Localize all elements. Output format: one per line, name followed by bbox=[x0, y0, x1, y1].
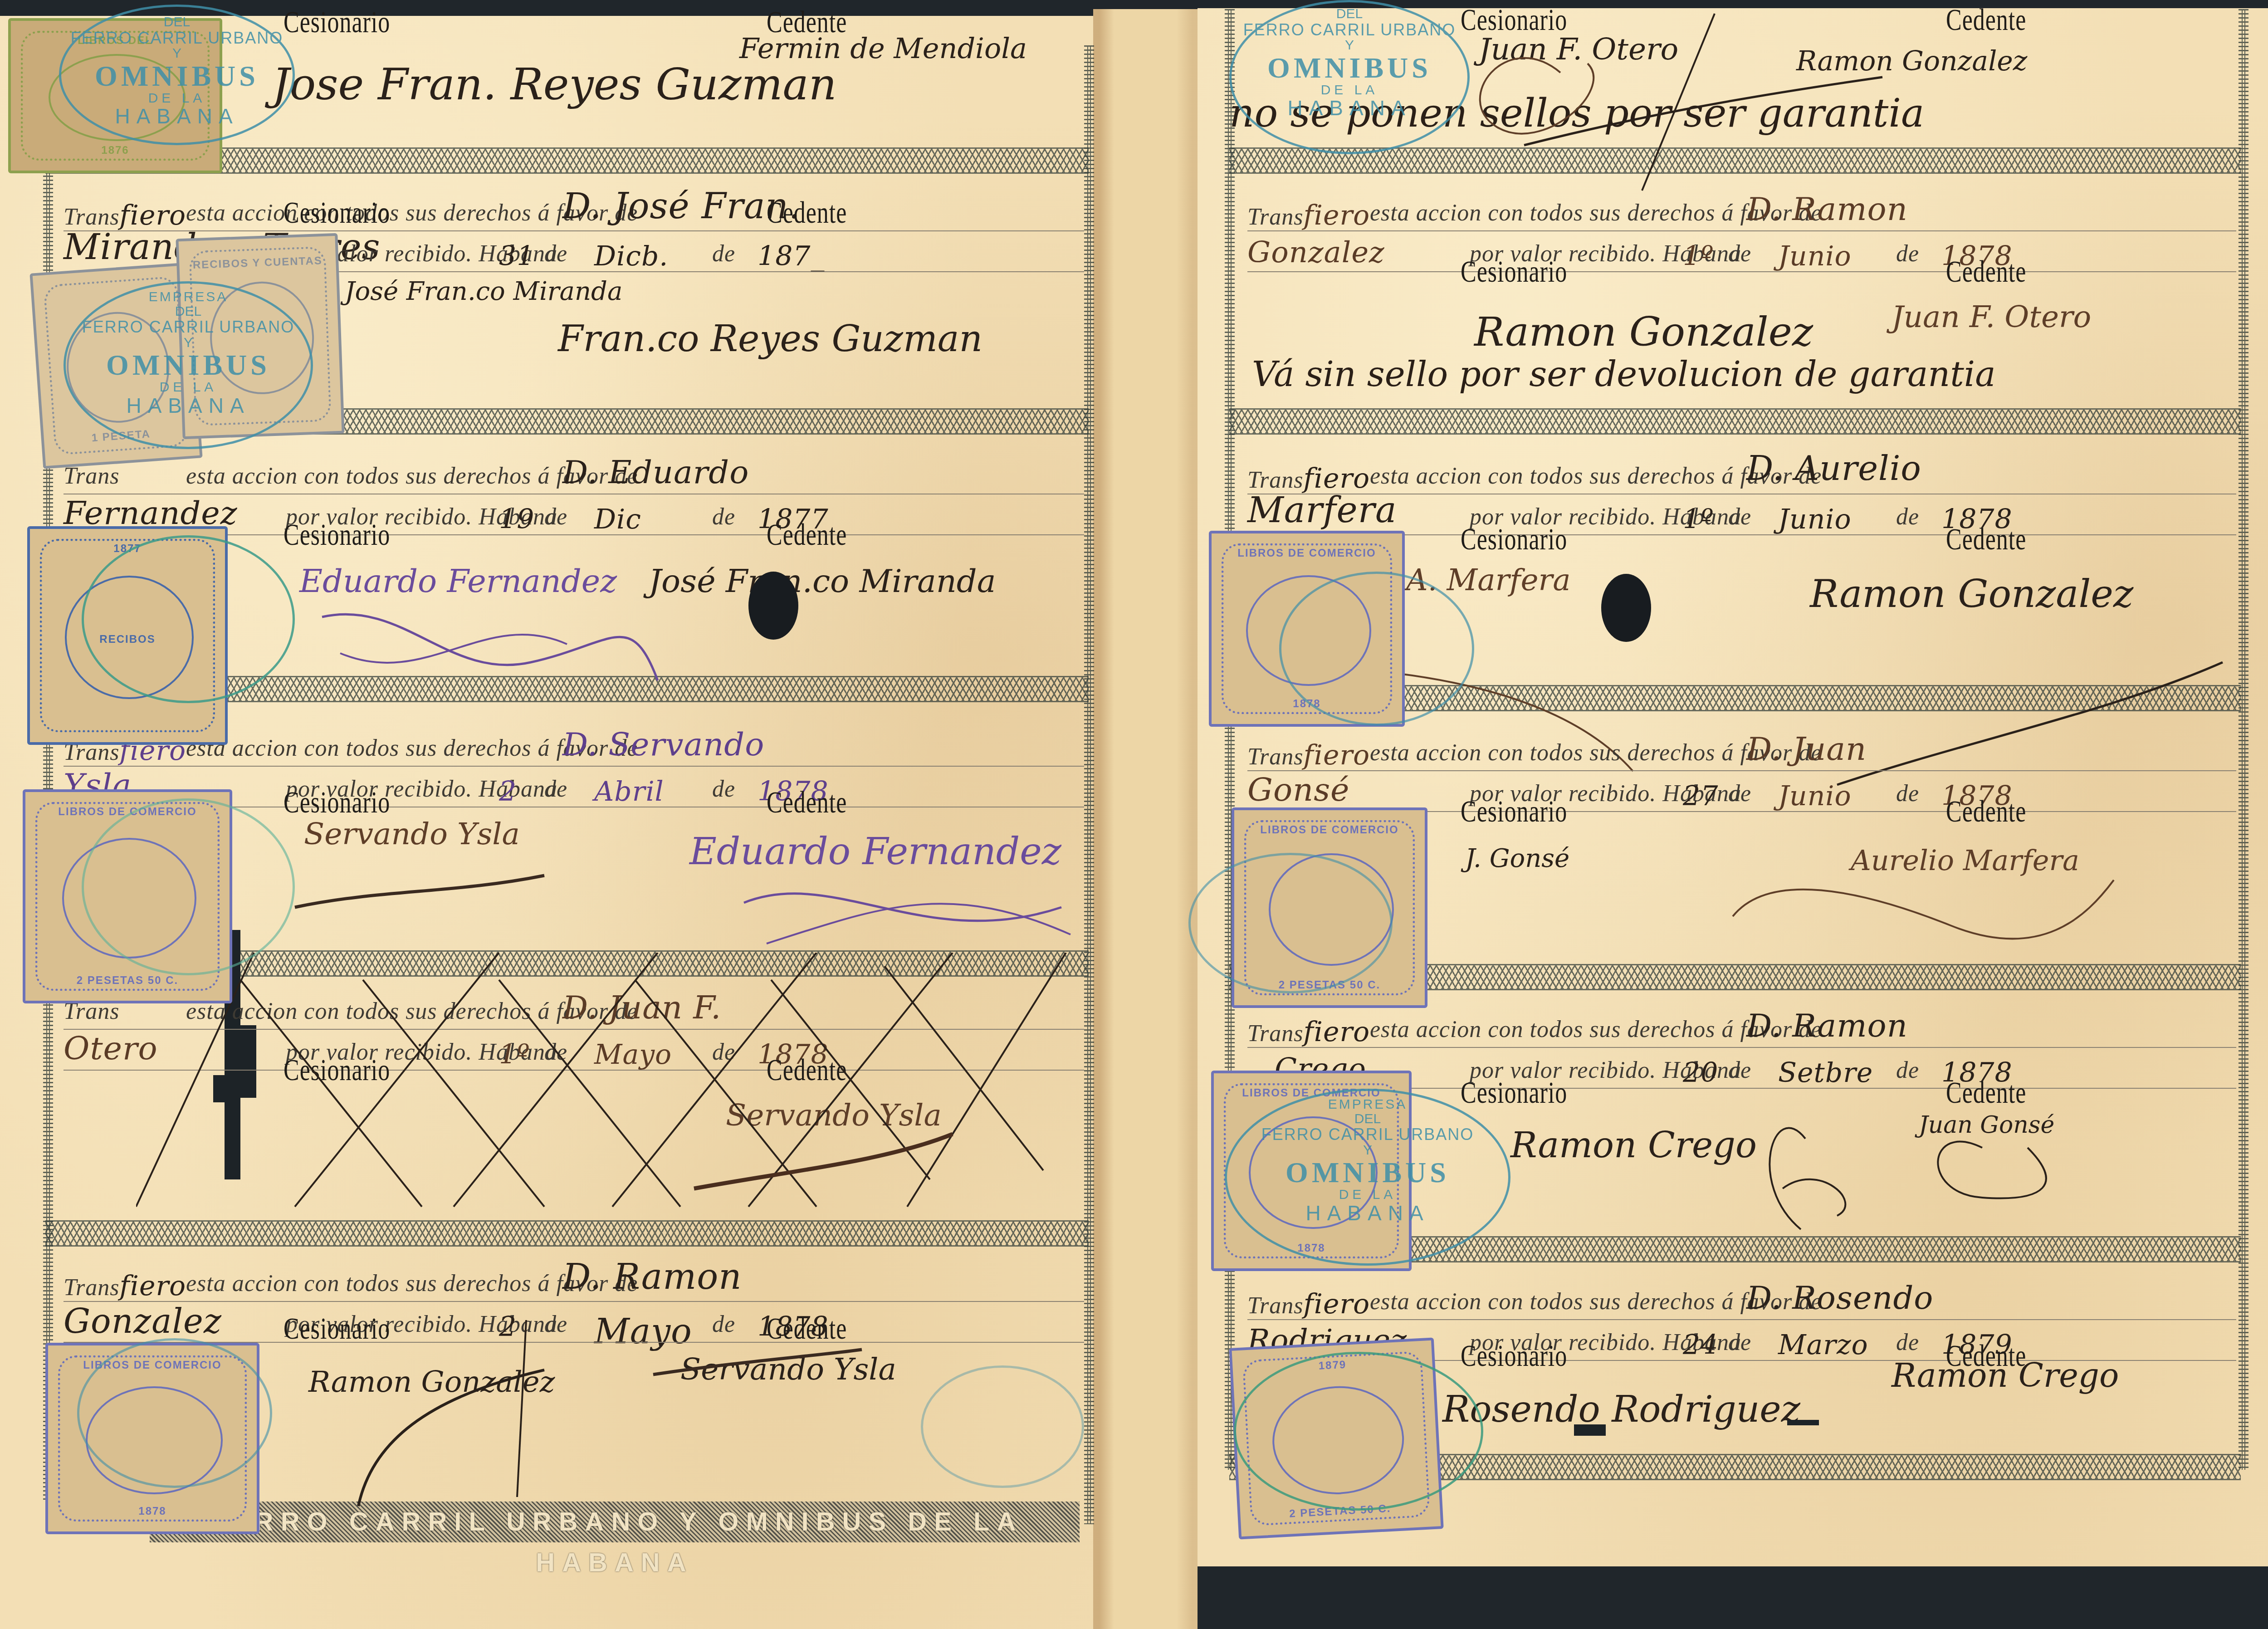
form-prefix: Trans bbox=[1247, 1021, 1304, 1047]
day: 2 bbox=[499, 776, 517, 807]
month: Junio bbox=[1778, 504, 1852, 535]
form-de: de bbox=[1728, 1057, 1751, 1084]
name-line2: Gonsé bbox=[1247, 771, 1350, 808]
year: 187_ bbox=[758, 240, 825, 272]
fold-spine bbox=[1093, 9, 1198, 1629]
day: 27 bbox=[1683, 780, 1718, 812]
day: 1º bbox=[1683, 240, 1714, 272]
company-cachet-faint bbox=[77, 1338, 272, 1488]
form-prefix: Trans bbox=[1247, 744, 1304, 770]
signature-cesionario: Servando Ysla bbox=[304, 817, 520, 851]
company-cachet: DEL FERRO CARRIL URBANO Y OMNIBUS DE LA … bbox=[1229, 0, 1470, 154]
form-de: de bbox=[712, 240, 735, 267]
label-cesionario: Cesionario bbox=[1461, 794, 1567, 829]
right-band-2 bbox=[1229, 408, 2241, 435]
form-verb: fiero bbox=[120, 1270, 186, 1302]
form-de: de bbox=[1728, 504, 1751, 530]
signature-cesionario: Jose Fran. Reyes Guzman bbox=[272, 59, 837, 110]
day: 1º bbox=[1683, 504, 1714, 535]
label-cedente: Cedente bbox=[1946, 522, 2026, 557]
month: Junio bbox=[1778, 240, 1852, 272]
tear-damage bbox=[1787, 1420, 1819, 1425]
form-prefix: Trans bbox=[1247, 204, 1304, 230]
name-line2: Gonzalez bbox=[64, 1302, 222, 1341]
label-cedente: Cedente bbox=[767, 785, 847, 820]
form-prefix: Trans bbox=[1247, 1293, 1304, 1319]
form-de: de bbox=[1896, 1329, 1919, 1356]
company-cachet-faint bbox=[82, 798, 295, 975]
favor-de-name: D. Servando bbox=[562, 726, 764, 763]
form-verb: fiero bbox=[1304, 1016, 1370, 1048]
label-cesionario: Cesionario bbox=[283, 196, 390, 230]
form-de: de bbox=[1728, 240, 1751, 267]
company-cachet-faint bbox=[921, 1365, 1084, 1488]
favor-de-name: D. Eduardo bbox=[562, 454, 749, 491]
label-cedente: Cedente bbox=[1946, 254, 2026, 289]
form-verb: fiero bbox=[1304, 739, 1370, 771]
label-cedente: Cedente bbox=[767, 196, 847, 230]
flourish-purple bbox=[313, 590, 676, 703]
company-cachet bbox=[1234, 1352, 1483, 1511]
form-de: de bbox=[544, 504, 567, 530]
name-line2: Marfera bbox=[1247, 490, 1397, 531]
label-cedente: Cedente bbox=[767, 518, 847, 553]
company-cachet: EMPRESA DEL FERRO CARRIL URBANO Y OMNIBU… bbox=[64, 281, 313, 449]
label-cesionario: Cesionario bbox=[1461, 254, 1567, 289]
company-cachet: DEL FERRO CARRIL URBANO Y OMNIBUS DE LA … bbox=[59, 5, 295, 145]
signature-cesionario: Ramon Crego bbox=[1510, 1125, 1757, 1166]
flourish-brown bbox=[1724, 862, 2132, 953]
signature-cesionario: José Fran.co Miranda bbox=[345, 277, 622, 306]
favor-de-name: D. Rosendo bbox=[1746, 1279, 1933, 1316]
favor-de-name: D. Juan bbox=[1746, 730, 1867, 768]
form-de: de bbox=[1728, 1329, 1751, 1356]
label-cesionario: Cesionario bbox=[283, 518, 390, 553]
signature-cesionario: Ramon Gonzalez bbox=[1474, 308, 1813, 355]
month: Setbre bbox=[1778, 1057, 1873, 1089]
month: Dicb. bbox=[594, 240, 668, 272]
cancellation-crosshatch bbox=[136, 953, 1089, 1225]
signature-cedente: José Fran.co Miranda bbox=[649, 563, 996, 600]
form-de: de bbox=[544, 240, 567, 267]
form-de: de bbox=[712, 776, 735, 802]
label-cedente: Cedente bbox=[1946, 794, 2026, 829]
company-cachet-faint bbox=[1188, 853, 1393, 993]
form-prefix: Trans bbox=[64, 463, 120, 489]
favor-de-name: D. Ramon bbox=[562, 1257, 742, 1297]
month: Dic bbox=[594, 504, 641, 535]
form-de: de bbox=[1896, 504, 1919, 530]
day: 24 bbox=[1683, 1329, 1718, 1361]
signature-cedente: Fran.co Reyes Guzman bbox=[558, 318, 982, 360]
form-verb: fiero bbox=[1304, 1288, 1370, 1320]
month: Abril bbox=[594, 776, 664, 807]
form-prefix: Trans bbox=[1247, 467, 1304, 493]
favor-de-name: D. José Fran. bbox=[562, 186, 801, 227]
month: Junio bbox=[1778, 780, 1852, 812]
flourish-lines bbox=[1746, 1093, 2064, 1243]
name-line2: Gonzalez bbox=[1247, 236, 1385, 269]
notation-no-stamp-return: Vá sin sello por ser devolucion de garan… bbox=[1252, 354, 1995, 394]
left-border-inner bbox=[1084, 45, 1094, 1524]
signature-cedente: Ramon Crego bbox=[1892, 1356, 2119, 1394]
signature-cedente: Ramon Gonzalez bbox=[1810, 572, 2133, 616]
form-prefix: Trans bbox=[64, 1275, 120, 1301]
punch-hole bbox=[1601, 574, 1651, 642]
day: 19 bbox=[499, 504, 534, 535]
signature-cedente: Fermin de Mendiola bbox=[739, 32, 1027, 65]
favor-de-name: D. Aurelio bbox=[1746, 449, 1921, 488]
form-de: de bbox=[1896, 240, 1919, 267]
signature-cesionario: Rosendo Rodriguez bbox=[1442, 1388, 1800, 1430]
label-cesionario: Cesionario bbox=[283, 785, 390, 820]
signature-cedente: Juan F. Otero bbox=[1892, 299, 2091, 334]
signature-cesionario: J. Gonsé bbox=[1465, 844, 1569, 873]
label-cesionario: Cesionario bbox=[1461, 522, 1567, 557]
tear-damage bbox=[1574, 1424, 1606, 1436]
form-de: de bbox=[544, 776, 567, 802]
company-cachet-faint bbox=[82, 535, 295, 703]
form-de: de bbox=[712, 504, 735, 530]
company-cachet-faint bbox=[1279, 572, 1474, 726]
day: 31 bbox=[499, 240, 534, 272]
favor-de-name: D. Ramon bbox=[1746, 191, 1908, 228]
favor-de-name: D. Ramon bbox=[1746, 1007, 1908, 1044]
form-de: de bbox=[1896, 1057, 1919, 1084]
label-cesionario: Cesionario bbox=[283, 5, 390, 40]
punch-hole bbox=[748, 572, 798, 640]
label-cesionario: Cesionario bbox=[1461, 1339, 1567, 1374]
form-de: de bbox=[1896, 780, 1919, 807]
flourish-lines bbox=[290, 853, 1107, 962]
form-verb: fiero bbox=[1304, 200, 1370, 231]
day: 20 bbox=[1683, 1057, 1718, 1089]
form-prefix: Trans bbox=[64, 204, 120, 230]
form-de: de bbox=[1728, 780, 1751, 807]
month: Marzo bbox=[1778, 1329, 1868, 1361]
company-cachet: EMPRESA DEL FERRO CARRIL URBANO Y OMNIBU… bbox=[1225, 1089, 1510, 1266]
